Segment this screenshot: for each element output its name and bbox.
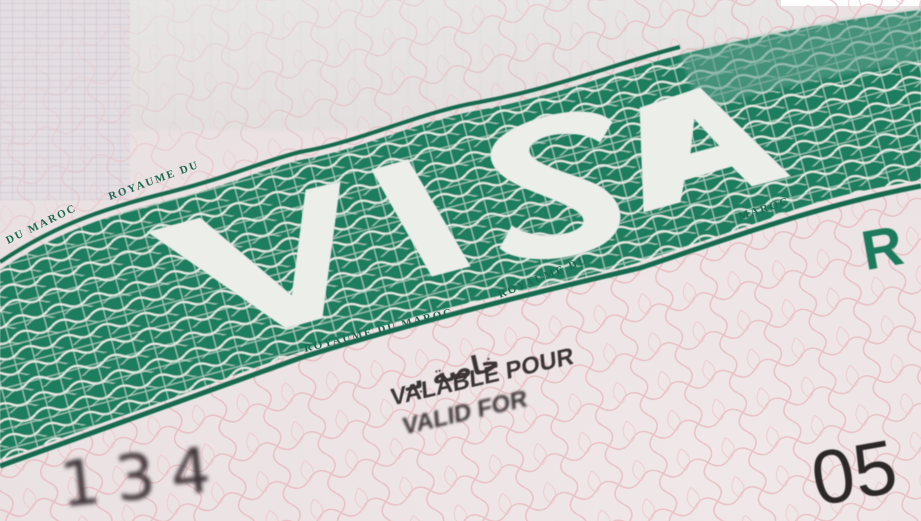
visa-photo: DU MAROC ROYAUME DU ROYAUME DU MAROC ROY…: [0, 0, 921, 521]
partial-number: 05: [805, 423, 903, 521]
